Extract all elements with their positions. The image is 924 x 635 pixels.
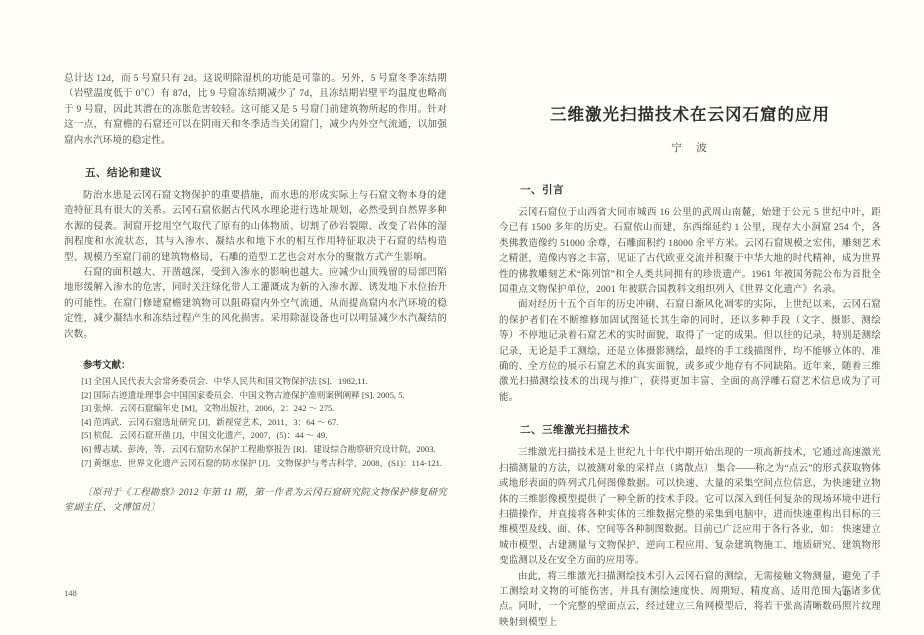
laser-scanning-paragraph: 三维激光扫描技术是上世纪九十年代中期开始出现的一项高新技术，它通过高速激光扫描测… (499, 446, 881, 569)
references-heading: 参考文献： (83, 357, 447, 371)
references-section: 参考文献： [1] 全国人民代表大会常务委员会．中华人民共和国文物保护法 [S]… (64, 357, 447, 470)
article-author: 宁 波 (499, 140, 881, 155)
left-page-content: 总计达 12d，而 5 号窟只有 2d。这说明除湿机的功能是可靠的。另外，5 号… (64, 0, 447, 517)
book-spread: 总计达 12d，而 5 号窟只有 2d。这说明除湿机的功能是可靠的。另外，5 号… (0, 0, 924, 635)
introduction-paragraph: 云冈石窟位于山西省大同市城西 16 公里的武周山南麓，始建于公元 5 世纪中叶，… (499, 206, 881, 298)
section-heading-conclusions: 五、结论和建议 (85, 165, 447, 180)
conclusions-paragraph: 防治水患是云冈石窟文物保护的重要措施，而水患的形成实际上与石窟文物本身的建造特征… (64, 189, 447, 266)
page-number-left: 148 (64, 588, 77, 598)
right-page: 三维激光扫描技术在云冈石窟的应用 宁 波 一、引言 云冈石窟位于山西省大同市城西… (499, 0, 881, 635)
reference-item: [1] 全国人民代表大会常务委员会．中华人民共和国文物保护法 [S]．1982,… (81, 375, 447, 389)
left-page: 总计达 12d，而 5 号窟只有 2d。这说明除湿机的功能是可靠的。另外，5 号… (64, 0, 447, 635)
reference-item: [6] 傅志斌、彭涛，等．云冈石窟防水保护工程勘察报告 [R]．建设综合勘察研究… (81, 443, 447, 457)
reference-item: [4] 范鸿武．云冈石窟选址研究 [J]，新视觉艺术，2011，3：64 ～ 6… (81, 416, 447, 430)
continued-paragraph: 总计达 12d，而 5 号窟只有 2d。这说明除湿机的功能是可靠的。另外，5 号… (64, 72, 447, 149)
reference-item: [2] 国际古迹遗址理事会中国国家委员会．中国文物古迹保护准则案例阐释 [S].… (81, 389, 447, 403)
section-heading-laser-scanning: 二、三维激光扫描技术 (520, 422, 881, 437)
reference-item: [7] 黄继忠．世界文化遗产云冈石窟的防水保护 [J]．文物保护与考古科学，20… (81, 457, 447, 471)
page-number-right: 149 (838, 588, 851, 598)
introduction-paragraph: 面对经历十五个百年的历史冲刷、石窟日渐风化凋零的实际，上世纪以来，云冈石窟的保护… (499, 298, 881, 406)
article-title: 三维激光扫描技术在云冈石窟的应用 (499, 0, 881, 125)
section-heading-introduction: 一、引言 (520, 182, 881, 197)
publication-footnote: 〔原刊于《工程勘察》2012 年第 11 期，第一作者为云冈石窟研究院文物保护修… (64, 486, 447, 516)
right-page-content: 三维激光扫描技术在云冈石窟的应用 宁 波 一、引言 云冈石窟位于山西省大同市城西… (499, 0, 881, 631)
reference-item: [5] 杭侃．云冈石窟开凿 [J]，中国文化遗产，2007，(5)：44 ～ 4… (81, 429, 447, 443)
reference-item: [3] 张焯．云冈石窟编年史 [M]，文物出版社，2006，2：242 ～ 27… (81, 402, 447, 416)
conclusions-paragraph: 石窟的面积越大、开凿越深，受到入渗水的影响也越大。应减少山顶残留的局部凹陷地形缓… (64, 266, 447, 343)
laser-scanning-paragraph: 由此，将三维激光扫描测绘技术引入云冈石窟的测绘，无需接触文物测量，避免了手工测绘… (499, 570, 881, 632)
